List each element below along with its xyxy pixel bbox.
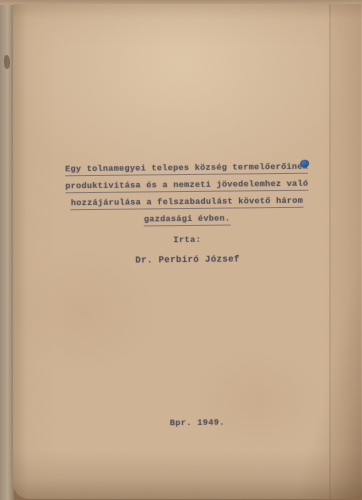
typewritten-content: Egy tolnamegyei telepes község termelőer… <box>10 2 362 500</box>
title-line-text: Egy tolnamegyei telepes község termelőer… <box>65 162 308 177</box>
title-line-text: hozzájárulása a felszabadulást követő há… <box>71 196 303 210</box>
document-scan: Egy tolnamegyei telepes község termelőer… <box>0 0 362 500</box>
title-line: gazdasági évben. <box>13 209 362 230</box>
title-block: Egy tolnamegyei telepes község termelőer… <box>12 158 362 230</box>
date-text: Bpr. 1949. <box>23 416 362 430</box>
byline-label: Irta: <box>13 233 362 247</box>
title-line-text: gazdasági évben. <box>144 214 231 227</box>
paper-sheet: Egy tolnamegyei telepes község termelőer… <box>13 4 362 499</box>
author-name: Dr. Perbíró József <box>13 253 362 267</box>
paper-blemish <box>4 55 10 69</box>
title-line-text: produktivitása és a nemzeti jövedelemhez… <box>65 179 308 194</box>
